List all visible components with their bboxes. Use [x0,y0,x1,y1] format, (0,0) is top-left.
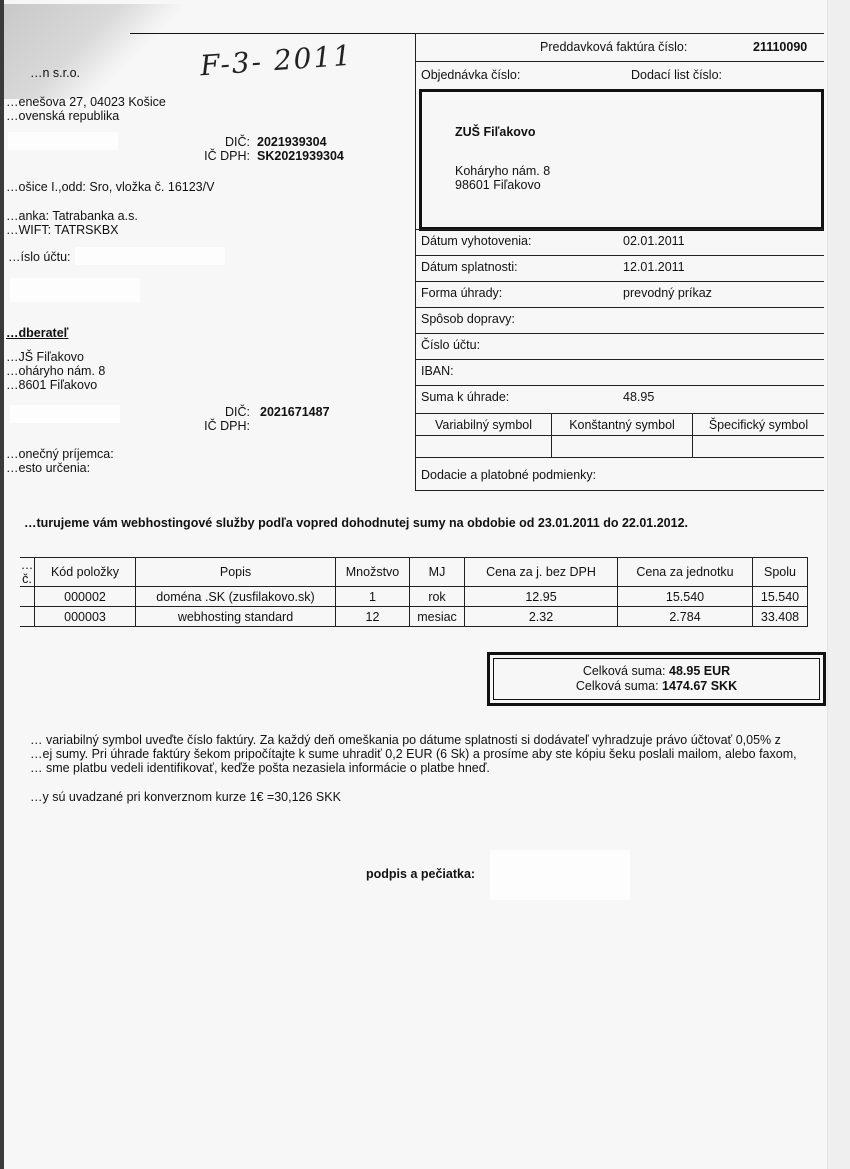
table-cell: doména .SK (zusfilakovo.sk) [136,587,336,607]
column-header: Cena za j. bez DPH [465,558,618,587]
total-skk-line: Celková suma: 1474.67 SKK [494,679,819,694]
specific-symbol-label: Špecifický symbol [693,418,824,432]
table-cell [20,587,35,607]
signature-label: podpis a pečiatka: [366,867,475,881]
scan-right-edge [827,0,850,1169]
supplier-swift: …WIFT: TATRSKBX [6,223,119,237]
rule [416,457,824,458]
buyer-name: …JŠ Fiľakovo [6,350,84,364]
table-cell [20,607,35,627]
supplier-register: …ošice I.,odd: Sro, vložka č. 16123/V [6,180,214,194]
recipient-city: 98601 Fiľakovo [455,178,541,192]
table-cell: 2.32 [465,607,618,627]
total-eur-value: 48.95 EUR [669,664,730,678]
order-number-label: Objednávka číslo: [421,68,520,82]
table-cell: 1 [336,587,410,607]
column-header: …č. [20,558,35,587]
field-label: Číslo účtu: [421,338,480,352]
invoice-title-label: Preddavková faktúra číslo: [540,40,687,54]
table-cell: 33.408 [753,607,808,627]
rule [416,255,824,256]
table-cell: 15.540 [753,587,808,607]
field-label: Spôsob dopravy: [421,312,515,326]
constant-symbol-label: Konštantný symbol [552,418,692,432]
redacted-signature [490,850,630,900]
column-header: MJ [410,558,465,587]
field-value: 12.01.2011 [623,260,685,274]
column-header: Cena za jednotku [618,558,753,587]
invoice-number: 21110090 [753,40,807,54]
conversion-note: …y sú uvadzané pri konverznom kurze 1€ =… [30,790,341,804]
header-rule [130,33,415,34]
terms-label: Dodacie a platobné podmienky: [421,468,596,482]
invoice-header-block: Preddavková faktúra číslo: 21110090 Obje… [415,33,824,491]
buyer-dic-value: 2021671487 [260,405,330,419]
delivery-note-label: Dodací list číslo: [631,68,722,82]
buyer-destination-label: …esto určenia: [6,461,90,475]
buyer-city: …8601 Fiľakovo [6,378,97,392]
scan-left-edge [0,0,4,1169]
buyer-heading: …dberateľ [6,326,68,340]
redacted-field [75,247,225,265]
recipient-name: ZUŠ Fiľakovo [455,125,536,139]
total-skk-label: Celková suma: [576,679,659,693]
redacted-field [8,132,118,150]
field-label: Suma k úhrade: [421,390,509,404]
field-value: prevodný príkaz [623,286,712,300]
supplier-dic-value: 2021939304 [257,135,327,149]
items-table: …č.Kód položkyPopisMnožstvoMJCena za j. … [20,557,808,627]
rule [416,413,824,414]
rule [416,490,824,491]
supplier-icdph-value: SK2021939304 [257,149,344,163]
handwritten-note: F-3- 2011 [199,39,354,83]
column-header: Množstvo [336,558,410,587]
total-eur-label: Celková suma: [583,664,666,678]
column-header: Spolu [753,558,808,587]
rule [416,385,824,386]
redacted-field [10,278,140,302]
buyer-street: …oháryho nám. 8 [6,364,105,378]
supplier-account-label: …íslo účtu: [8,250,71,264]
table-cell: rok [410,587,465,607]
rule [416,229,824,230]
recipient-street: Koháryho nám. 8 [455,164,550,178]
table-row: 000002doména .SK (zusfilakovo.sk)1rok12.… [20,587,808,607]
supplier-bank: …anka: Tatrabanka a.s. [6,209,138,223]
buyer-dic-label: DIČ: [180,405,250,419]
table-cell: 000002 [35,587,136,607]
field-value: 02.01.2011 [623,234,685,248]
table-row: 000003webhosting standard12mesiac2.322.7… [20,607,808,627]
column-header: Popis [136,558,336,587]
rule [416,435,824,436]
rule [416,281,824,282]
supplier-icdph-label: IČ DPH: [180,149,250,163]
redacted-field [10,405,120,423]
total-skk-value: 1474.67 SKK [662,679,737,693]
table-cell: 000003 [35,607,136,627]
field-label: Dátum vyhotovenia: [421,234,531,248]
table-cell: 12 [336,607,410,627]
field-label: Dátum splatnosti: [421,260,518,274]
intro-text: …turujeme vám webhostingové služby podľa… [24,516,688,530]
rule [416,33,824,34]
payment-note-line-3: … sme platbu vedeli identifikovať, keďže… [30,761,490,775]
column-header: Kód položky [35,558,136,587]
variable-symbol-label: Variabilný symbol [416,418,551,432]
table-cell: 15.540 [618,587,753,607]
payment-note-line-2: …ej sumy. Pri úhrade faktúry šekom pripo… [30,747,797,761]
supplier-dic-label: DIČ: [180,135,250,149]
rule [416,61,824,62]
field-label: IBAN: [421,364,454,378]
buyer-final-recipient-label: …onečný príjemca: [6,447,114,461]
folded-corner [4,4,204,99]
rule [416,359,824,360]
totals-box: Celková suma: 48.95 EUR Celková suma: 14… [487,652,826,706]
total-eur-line: Celková suma: 48.95 EUR [494,664,819,679]
table-cell: 2.784 [618,607,753,627]
buyer-icdph-label: IČ DPH: [180,419,250,433]
supplier-street: …enešova 27, 04023 Košice [6,95,166,109]
table-header-row: …č.Kód položkyPopisMnožstvoMJCena za j. … [20,558,808,587]
supplier-country: …ovenská republika [6,109,119,123]
rule [416,307,824,308]
table-cell: webhosting standard [136,607,336,627]
field-label: Forma úhrady: [421,286,502,300]
table-cell: 12.95 [465,587,618,607]
table-cell: mesiac [410,607,465,627]
payment-note-line-1: … variabilný symbol uveďte číslo faktúry… [30,733,781,747]
field-value: 48.95 [623,390,654,404]
recipient-address-box: ZUŠ Fiľakovo Koháryho nám. 8 98601 Fiľak… [419,89,824,231]
rule [416,333,824,334]
supplier-name: …n s.r.o. [30,66,80,80]
